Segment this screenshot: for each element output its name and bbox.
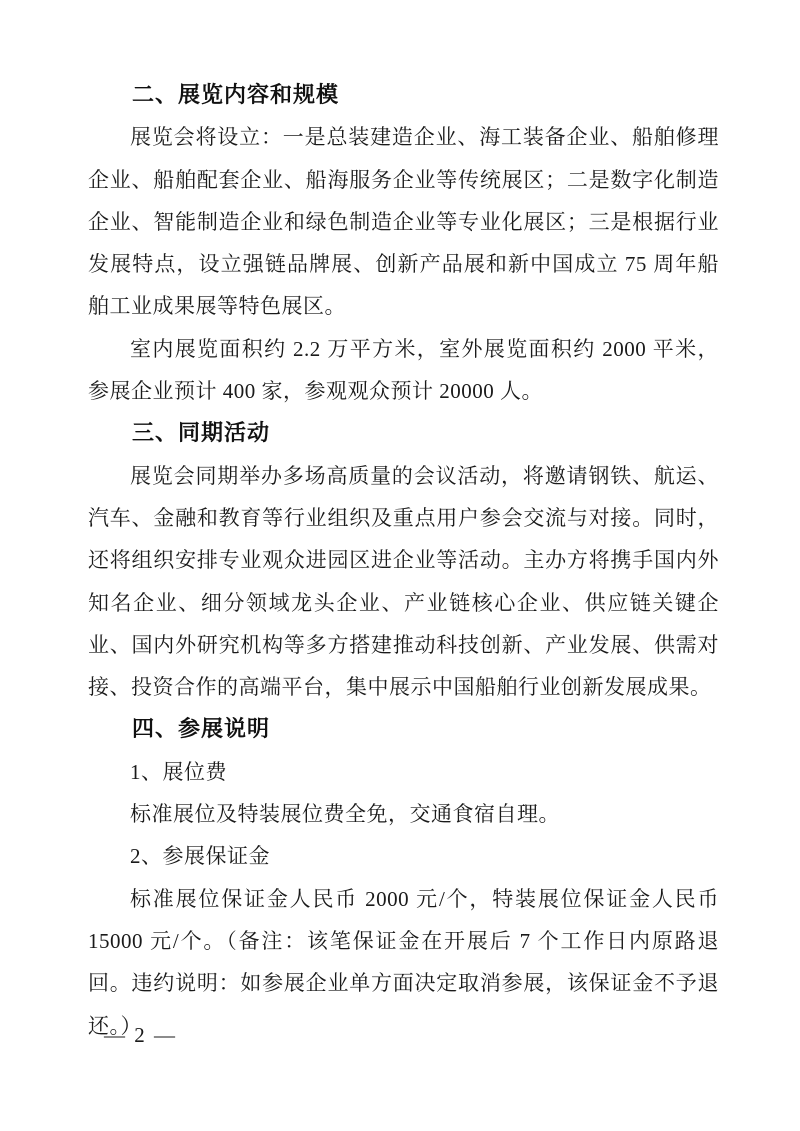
sub-item-booth-fee: 1、展位费 (88, 751, 719, 793)
sub-item-deposit: 2、参展保证金 (88, 835, 719, 877)
page-number: — 2 — (104, 1014, 177, 1056)
section-heading-exhibition-content: 二、展览内容和规模 (88, 74, 719, 116)
paragraph-booth-fee: 标准展位及特装展位费全免，交通食宿自理。 (88, 793, 719, 835)
paragraph-exhibition-zones: 展览会将设立：一是总装建造企业、海工装备企业、船舶修理企业、船舶配套企业、船海服… (88, 116, 719, 327)
document-body: 二、展览内容和规模 展览会将设立：一是总装建造企业、海工装备企业、船舶修理企业、… (88, 74, 719, 1047)
document-page: 二、展览内容和规模 展览会将设立：一是总装建造企业、海工装备企业、船舶修理企业、… (0, 0, 800, 1131)
paragraph-concurrent-events: 展览会同期举办多场高质量的会议活动，将邀请钢铁、航运、汽车、金融和教育等行业组织… (88, 455, 719, 709)
paragraph-deposit: 标准展位保证金人民币 2000 元/个，特装展位保证金人民币 15000 元/个… (88, 878, 719, 1047)
section-heading-concurrent-events: 三、同期活动 (88, 412, 719, 454)
paragraph-exhibition-scale: 室内展览面积约 2.2 万平方米，室外展览面积约 2000 平米，参展企业预计 … (88, 328, 719, 413)
section-heading-exhibitor-info: 四、参展说明 (88, 708, 719, 750)
